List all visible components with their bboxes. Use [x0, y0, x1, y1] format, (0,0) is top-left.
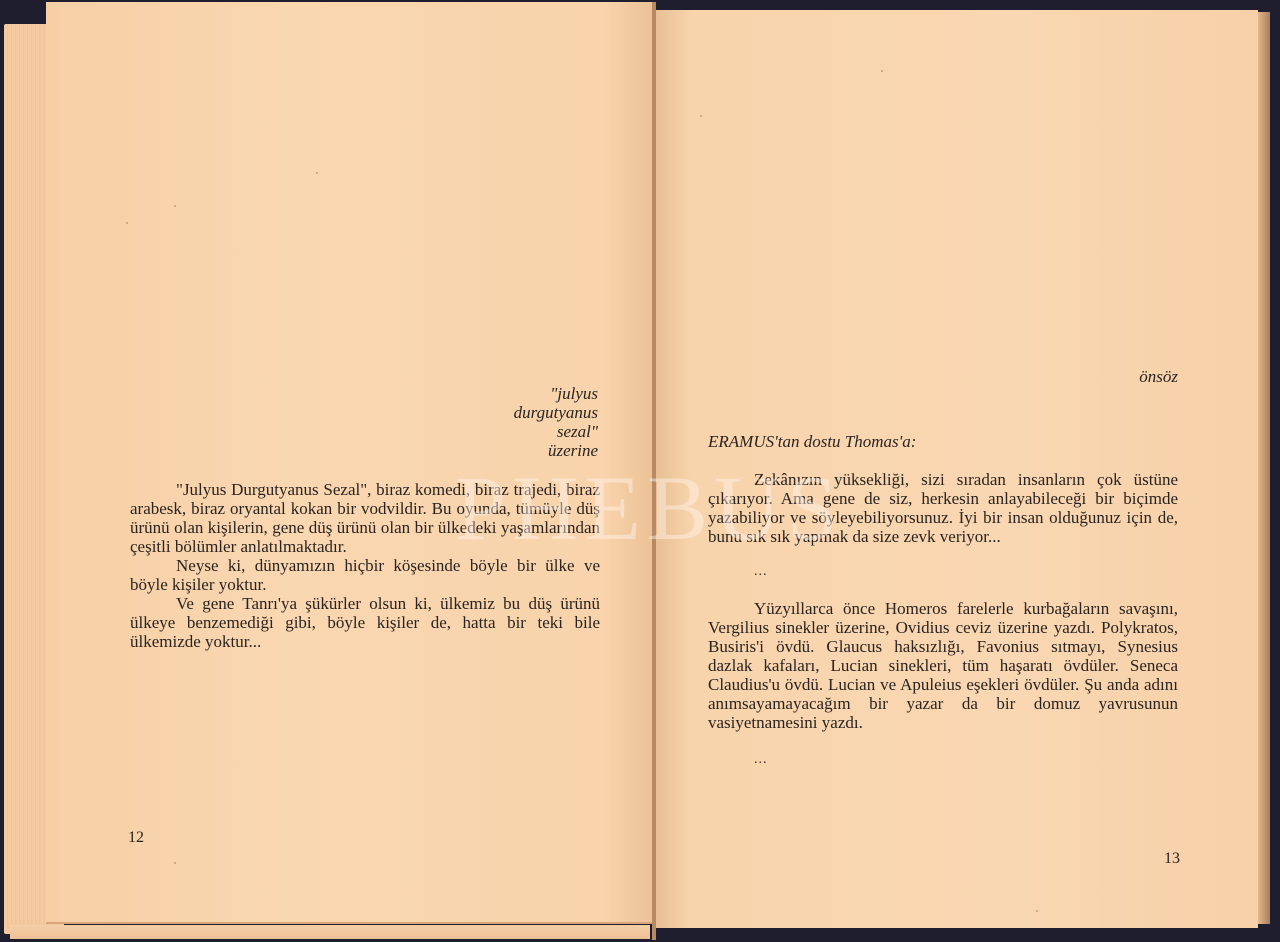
- section-title-line: durgutyanus: [398, 403, 598, 422]
- section-title-line: "julyus: [398, 384, 598, 403]
- paragraph: Neyse ki, dünyamızın hiçbir köşesinde bö…: [130, 556, 600, 594]
- page-stack-bottom: [10, 925, 650, 939]
- ellipsis: ...: [708, 562, 1178, 581]
- paragraph: Zekânızın yüksekliği, sizi sıradan insan…: [708, 470, 1178, 546]
- ellipsis: ...: [708, 750, 1178, 769]
- left-page: "julyus durgutyanus sezal" üzerine "July…: [46, 2, 654, 924]
- paragraph: Ve gene Tanrı'ya şükürler olsun ki, ülke…: [130, 594, 600, 651]
- paragraph: "Julyus Durgutyanus Sezal", biraz komedi…: [130, 480, 600, 556]
- page-number: 13: [1164, 850, 1180, 868]
- right-page-edge: [1258, 12, 1270, 924]
- right-page-body: Zekânızın yüksekliği, sizi sıradan insan…: [708, 470, 1178, 769]
- section-title-line: üzerine: [398, 441, 598, 460]
- open-book: "julyus durgutyanus sezal" üzerine "July…: [0, 0, 1280, 942]
- chapter-title: önsöz: [1139, 367, 1178, 387]
- salutation: ERAMUS'tan dostu Thomas'a:: [708, 432, 916, 452]
- section-title-line: sezal": [398, 422, 598, 441]
- paragraph: Yüzyıllarca önce Homeros farelerle kurba…: [708, 599, 1178, 732]
- left-page-body: "Julyus Durgutyanus Sezal", biraz komedi…: [130, 480, 600, 651]
- section-title: "julyus durgutyanus sezal" üzerine: [398, 384, 598, 460]
- right-page: önsöz ERAMUS'tan dostu Thomas'a: Zekânız…: [656, 10, 1258, 928]
- page-number: 12: [128, 829, 144, 847]
